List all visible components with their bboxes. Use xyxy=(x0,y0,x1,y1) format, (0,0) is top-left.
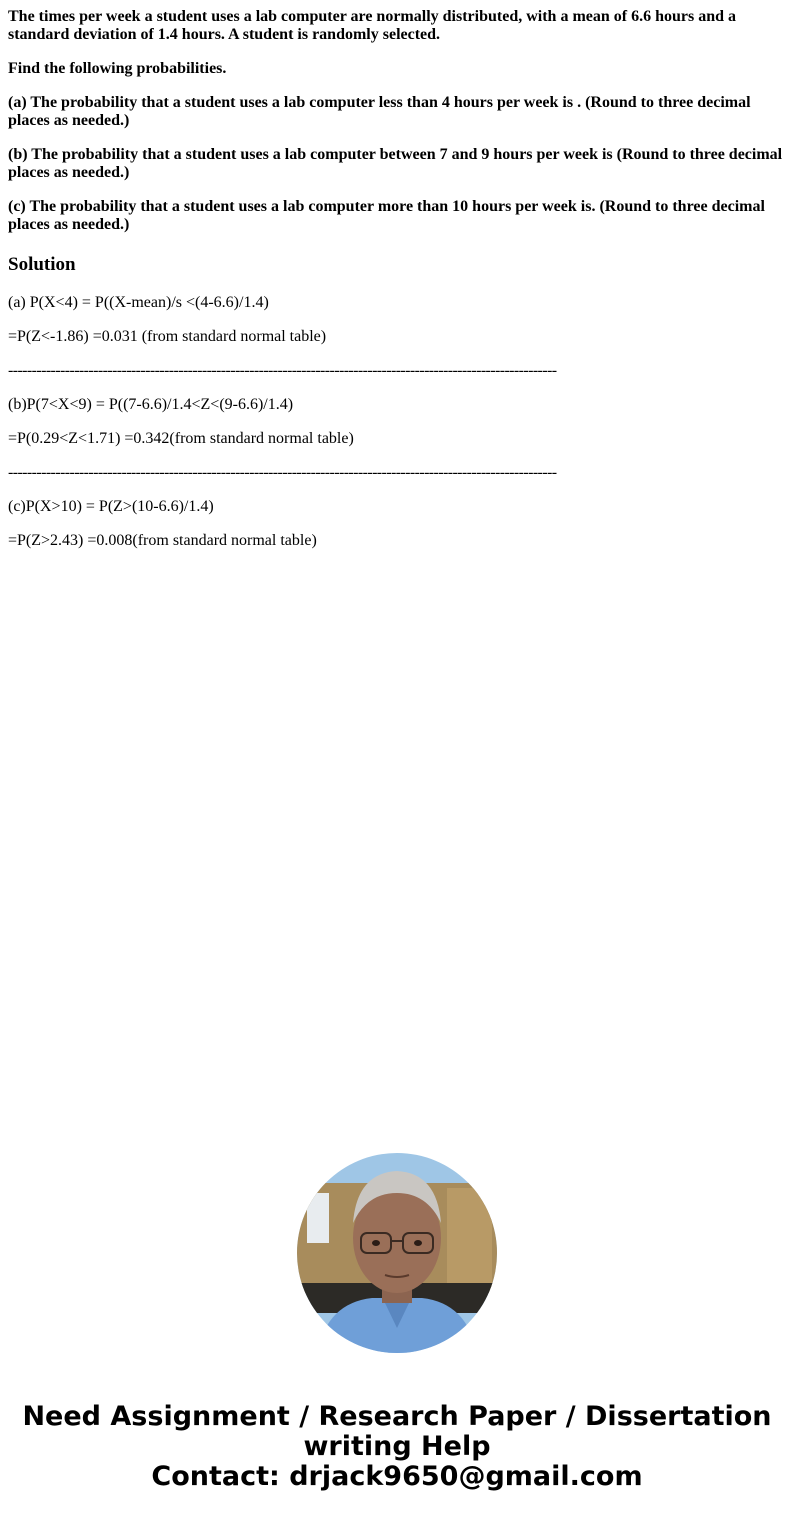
promo-line-2: writing Help xyxy=(0,1432,794,1462)
solution-heading: Solution xyxy=(8,254,786,276)
promo-line-1: Need Assignment / Research Paper / Disse… xyxy=(0,1402,794,1432)
question-part-a: (a) The probability that a student uses … xyxy=(8,94,786,130)
question-part-c: (c) The probability that a student uses … xyxy=(8,198,786,234)
promo-contact: Contact: drjack9650@gmail.com xyxy=(0,1462,794,1492)
author-avatar xyxy=(297,1153,497,1353)
solution-b-step1: (b)P(7<X<9) = P((7-6.6)/1.4<Z<(9-6.6)/1.… xyxy=(8,396,786,414)
person-photo-icon xyxy=(297,1153,497,1353)
solution-a-result: =P(Z<-1.86) =0.031 (from standard normal… xyxy=(8,328,786,346)
divider: ----------------------------------------… xyxy=(8,464,638,482)
solution-a-step1: (a) P(X<4) = P((X-mean)/s <(4-6.6)/1.4) xyxy=(8,294,786,312)
divider: ----------------------------------------… xyxy=(8,362,638,380)
question-instruction: Find the following probabilities. xyxy=(8,60,786,78)
solution-b-result: =P(0.29<Z<1.71) =0.342(from standard nor… xyxy=(8,430,786,448)
question-intro: The times per week a student uses a lab … xyxy=(8,8,786,44)
solution-c-result: =P(Z>2.43) =0.008(from standard normal t… xyxy=(8,532,786,550)
document-content: The times per week a student uses a lab … xyxy=(0,0,794,550)
question-part-b: (b) The probability that a student uses … xyxy=(8,146,786,182)
promo-banner: Need Assignment / Research Paper / Disse… xyxy=(0,1402,794,1492)
solution-c-step1: (c)P(X>10) = P(Z>(10-6.6)/1.4) xyxy=(8,498,786,516)
